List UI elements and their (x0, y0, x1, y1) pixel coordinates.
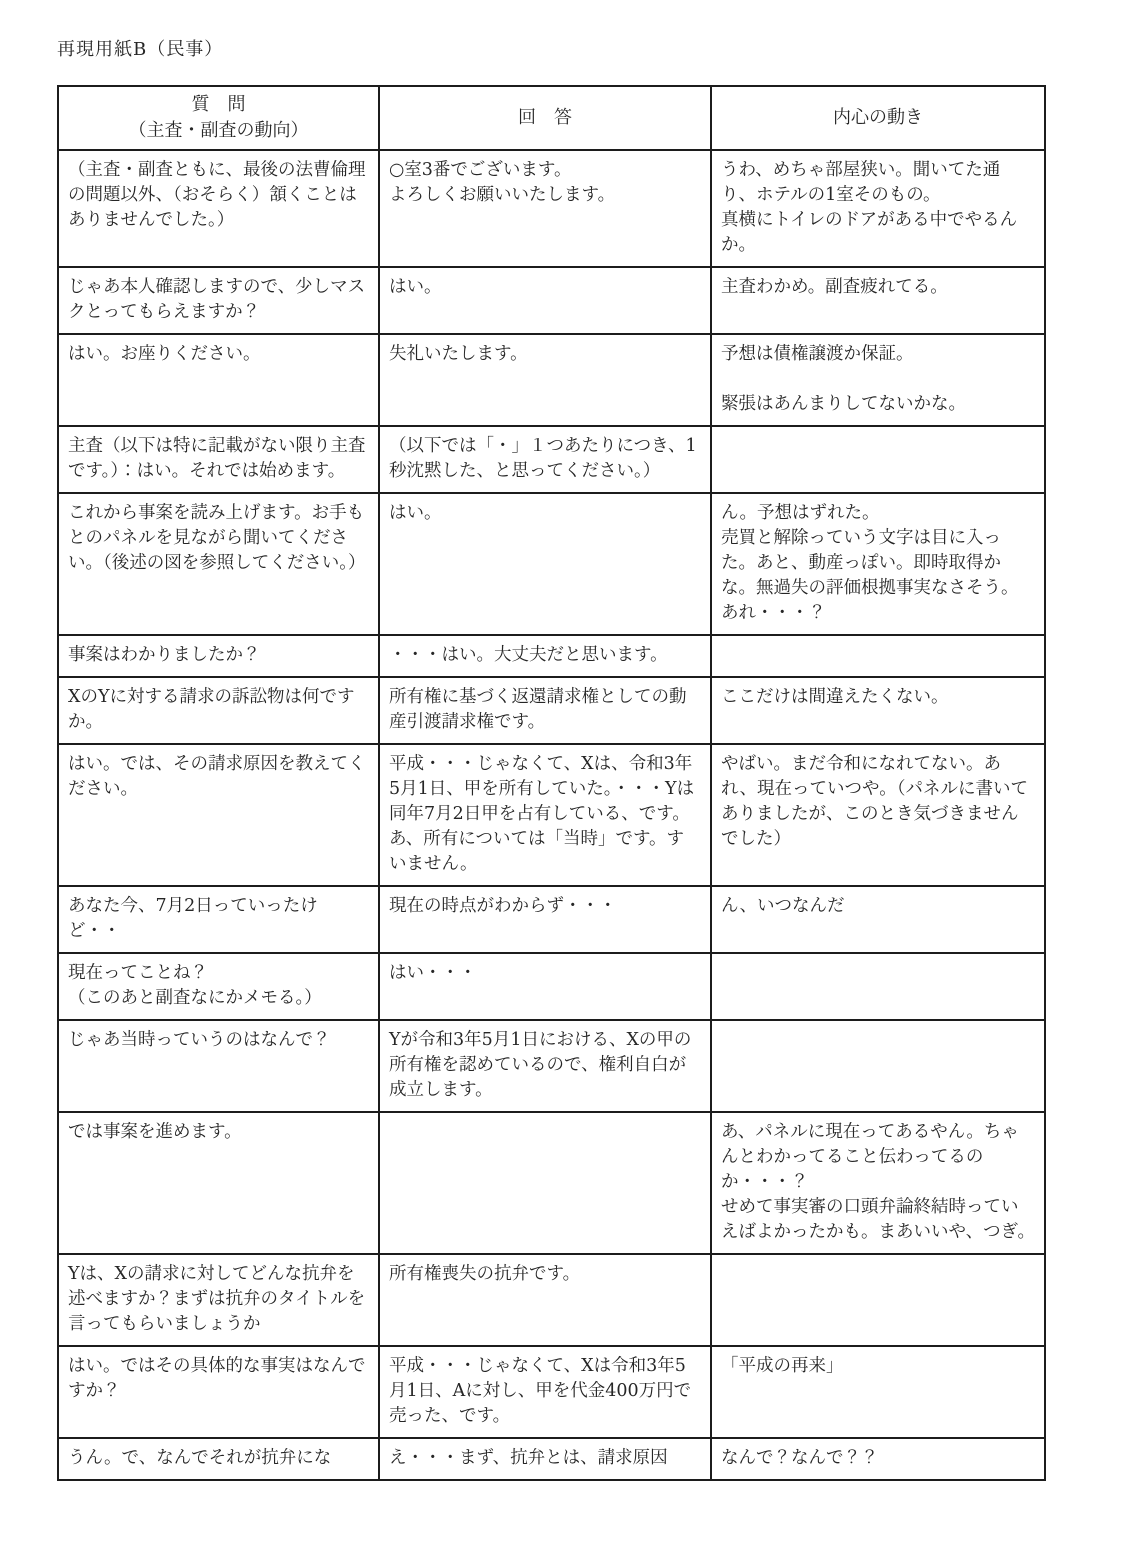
inner-thought-cell: 予想は債権譲渡か保証。 緊張はあんまりしてないかな。 (711, 334, 1045, 426)
question-cell: 現在ってことね？ （このあと副査なにかメモる。） (58, 953, 379, 1020)
question-cell: 主査（以下は特に記載がない限り主査です。）：はい。それでは始めます。 (58, 426, 379, 493)
inner-thought-cell: 「平成の再来」 (711, 1346, 1045, 1438)
question-cell: うん。で、なんでそれが抗弁にな (58, 1438, 379, 1480)
table-row: XのYに対する請求の訴訟物は何ですか。 所有権に基づく返還請求権としての動産引渡… (58, 677, 1045, 744)
question-cell: では事案を進めます。 (58, 1112, 379, 1254)
answer-cell: 所有権に基づく返還請求権としての動産引渡請求権です。 (379, 677, 711, 744)
question-cell: じゃあ当時っていうのはなんで？ (58, 1020, 379, 1112)
table-row: はい。では、その請求原因を教えてください。 平成・・・じゃなくて、Xは、令和3年… (58, 744, 1045, 886)
question-cell: はい。お座りください。 (58, 334, 379, 426)
inner-thought-cell (711, 1254, 1045, 1346)
question-cell: XのYに対する請求の訴訟物は何ですか。 (58, 677, 379, 744)
answer-cell: はい。 (379, 493, 711, 635)
table-header-row: 質 問 （主査・副査の動向） 回 答 内心の動き (58, 86, 1045, 150)
answer-cell: （以下では「・」１つあたりにつき、1秒沈黙した、と思ってください。） (379, 426, 711, 493)
header-question-column: 質 問 （主査・副査の動向） (58, 86, 379, 150)
dialogue-table-body: （主査・副査ともに、最後の法曹倫理の問題以外、（おそらく）頷くことはありませんで… (58, 150, 1045, 1480)
table-row: では事案を進めます。 あ、パネルに現在ってあるやん。ちゃんとわかってること伝わっ… (58, 1112, 1045, 1254)
inner-thought-cell: うわ、めちゃ部屋狭い。聞いてた通り、ホテルの1室そのもの。 真横にトイレのドアが… (711, 150, 1045, 267)
answer-cell: 平成・・・じゃなくて、Xは令和3年5月1日、Aに対し、甲を代金400万円で売った… (379, 1346, 711, 1438)
answer-cell: はい。 (379, 267, 711, 334)
table-row: （主査・副査ともに、最後の法曹倫理の問題以外、（おそらく）頷くことはありませんで… (58, 150, 1045, 267)
inner-thought-cell (711, 1020, 1045, 1112)
answer-cell: Yが令和3年5月1日における、Xの甲の所有権を認めているので、権利自白が成立しま… (379, 1020, 711, 1112)
question-cell: はい。では、その請求原因を教えてください。 (58, 744, 379, 886)
answer-cell: 失礼いたします。 (379, 334, 711, 426)
header-answer-column: 回 答 (379, 86, 711, 150)
header-inner-thought-column: 内心の動き (711, 86, 1045, 150)
table-row: はい。お座りください。 失礼いたします。 予想は債権譲渡か保証。 緊張はあんまり… (58, 334, 1045, 426)
table-row: Yは、Xの請求に対してどんな抗弁を述べますか？まずは抗弁のタイトルを言ってもらい… (58, 1254, 1045, 1346)
table-row: はい。ではその具体的な事実はなんですか？ 平成・・・じゃなくて、Xは令和3年5月… (58, 1346, 1045, 1438)
table-row: じゃあ本人確認しますので、少しマスクとってもらえますか？ はい。 主査わかめ。副… (58, 267, 1045, 334)
inner-thought-cell (711, 953, 1045, 1020)
answer-cell: ・・・はい。大丈夫だと思います。 (379, 635, 711, 677)
question-cell: はい。ではその具体的な事実はなんですか？ (58, 1346, 379, 1438)
table-row: 主査（以下は特に記載がない限り主査です。）：はい。それでは始めます。 （以下では… (58, 426, 1045, 493)
answer-cell: ○室3番でございます。 よろしくお願いいたします。 (379, 150, 711, 267)
answer-cell: はい・・・ (379, 953, 711, 1020)
inner-thought-cell: ん、いつなんだ (711, 886, 1045, 953)
table-row: 事案はわかりましたか？ ・・・はい。大丈夫だと思います。 (58, 635, 1045, 677)
table-row: これから事案を読み上げます。お手もとのパネルを見ながら聞いてください。（後述の図… (58, 493, 1045, 635)
question-cell: あなた今、7月2日っていったけど・・ (58, 886, 379, 953)
inner-thought-cell: 主査わかめ。副査疲れてる。 (711, 267, 1045, 334)
answer-cell: 平成・・・じゃなくて、Xは、令和3年5月1日、甲を所有していた。・・・Yは同年7… (379, 744, 711, 886)
table-row: じゃあ当時っていうのはなんで？ Yが令和3年5月1日における、Xの甲の所有権を認… (58, 1020, 1045, 1112)
question-cell: 事案はわかりましたか？ (58, 635, 379, 677)
answer-cell: 所有権喪失の抗弁です。 (379, 1254, 711, 1346)
answer-cell (379, 1112, 711, 1254)
answer-cell: 現在の時点がわからず・・・ (379, 886, 711, 953)
inner-thought-cell: ん。予想はずれた。 売買と解除っていう文字は目に入った。あと、動産っぽい。即時取… (711, 493, 1045, 635)
inner-thought-cell (711, 426, 1045, 493)
inner-thought-cell: あ、パネルに現在ってあるやん。ちゃんとわかってること伝わってるのか・・・？ せめ… (711, 1112, 1045, 1254)
inner-thought-cell: やばい。まだ令和になれてない。あれ、現在っていつや。（パネルに書いてありましたが… (711, 744, 1045, 886)
inner-thought-cell: なんで？なんで？？ (711, 1438, 1045, 1480)
inner-thought-cell (711, 635, 1045, 677)
document-title: 再現用紙B（民事） (57, 38, 1070, 62)
inner-thought-cell: ここだけは間違えたくない。 (711, 677, 1045, 744)
question-cell: じゃあ本人確認しますので、少しマスクとってもらえますか？ (58, 267, 379, 334)
oral-exam-table: 質 問 （主査・副査の動向） 回 答 内心の動き （主査・副査ともに、最後の法曹… (57, 85, 1046, 1481)
table-row: 現在ってことね？ （このあと副査なにかメモる。） はい・・・ (58, 953, 1045, 1020)
answer-cell: え・・・まず、抗弁とは、請求原因 (379, 1438, 711, 1480)
question-cell: これから事案を読み上げます。お手もとのパネルを見ながら聞いてください。（後述の図… (58, 493, 379, 635)
question-cell: （主査・副査ともに、最後の法曹倫理の問題以外、（おそらく）頷くことはありませんで… (58, 150, 379, 267)
question-cell: Yは、Xの請求に対してどんな抗弁を述べますか？まずは抗弁のタイトルを言ってもらい… (58, 1254, 379, 1346)
table-row: あなた今、7月2日っていったけど・・ 現在の時点がわからず・・・ ん、いつなんだ (58, 886, 1045, 953)
document-page: 再現用紙B（民事） 質 問 （主査・副査の動向） 回 答 内心の動き （主査・副… (0, 0, 1124, 1541)
table-row: うん。で、なんでそれが抗弁にな え・・・まず、抗弁とは、請求原因 なんで？なんで… (58, 1438, 1045, 1480)
